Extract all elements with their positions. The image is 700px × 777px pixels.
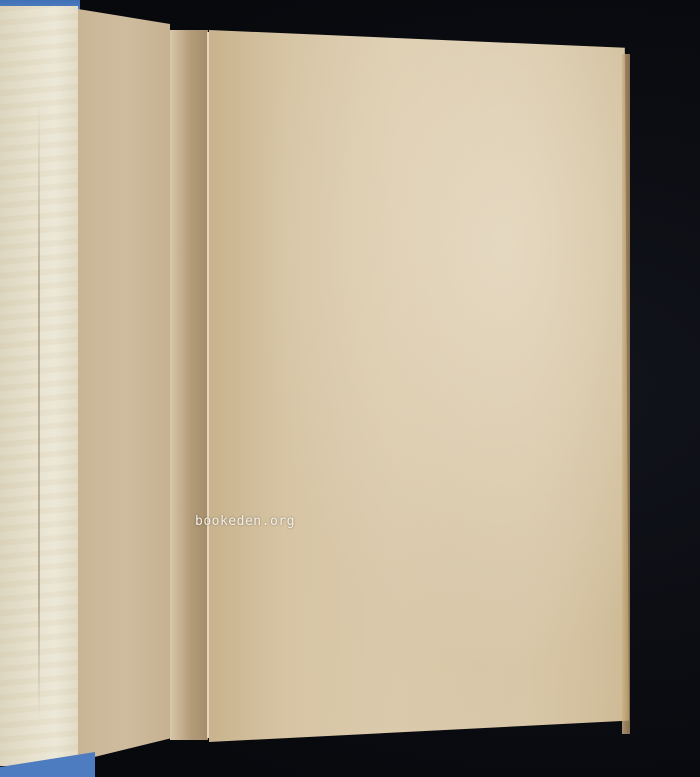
gutter-edge — [207, 32, 209, 738]
hinge-strip — [78, 9, 170, 761]
page-fore-edge — [622, 54, 630, 734]
watermark-text: bookeden.org — [195, 514, 295, 529]
blank-endpaper-page — [209, 30, 629, 742]
paper-crack — [38, 100, 40, 720]
gutter-fold — [170, 30, 208, 740]
